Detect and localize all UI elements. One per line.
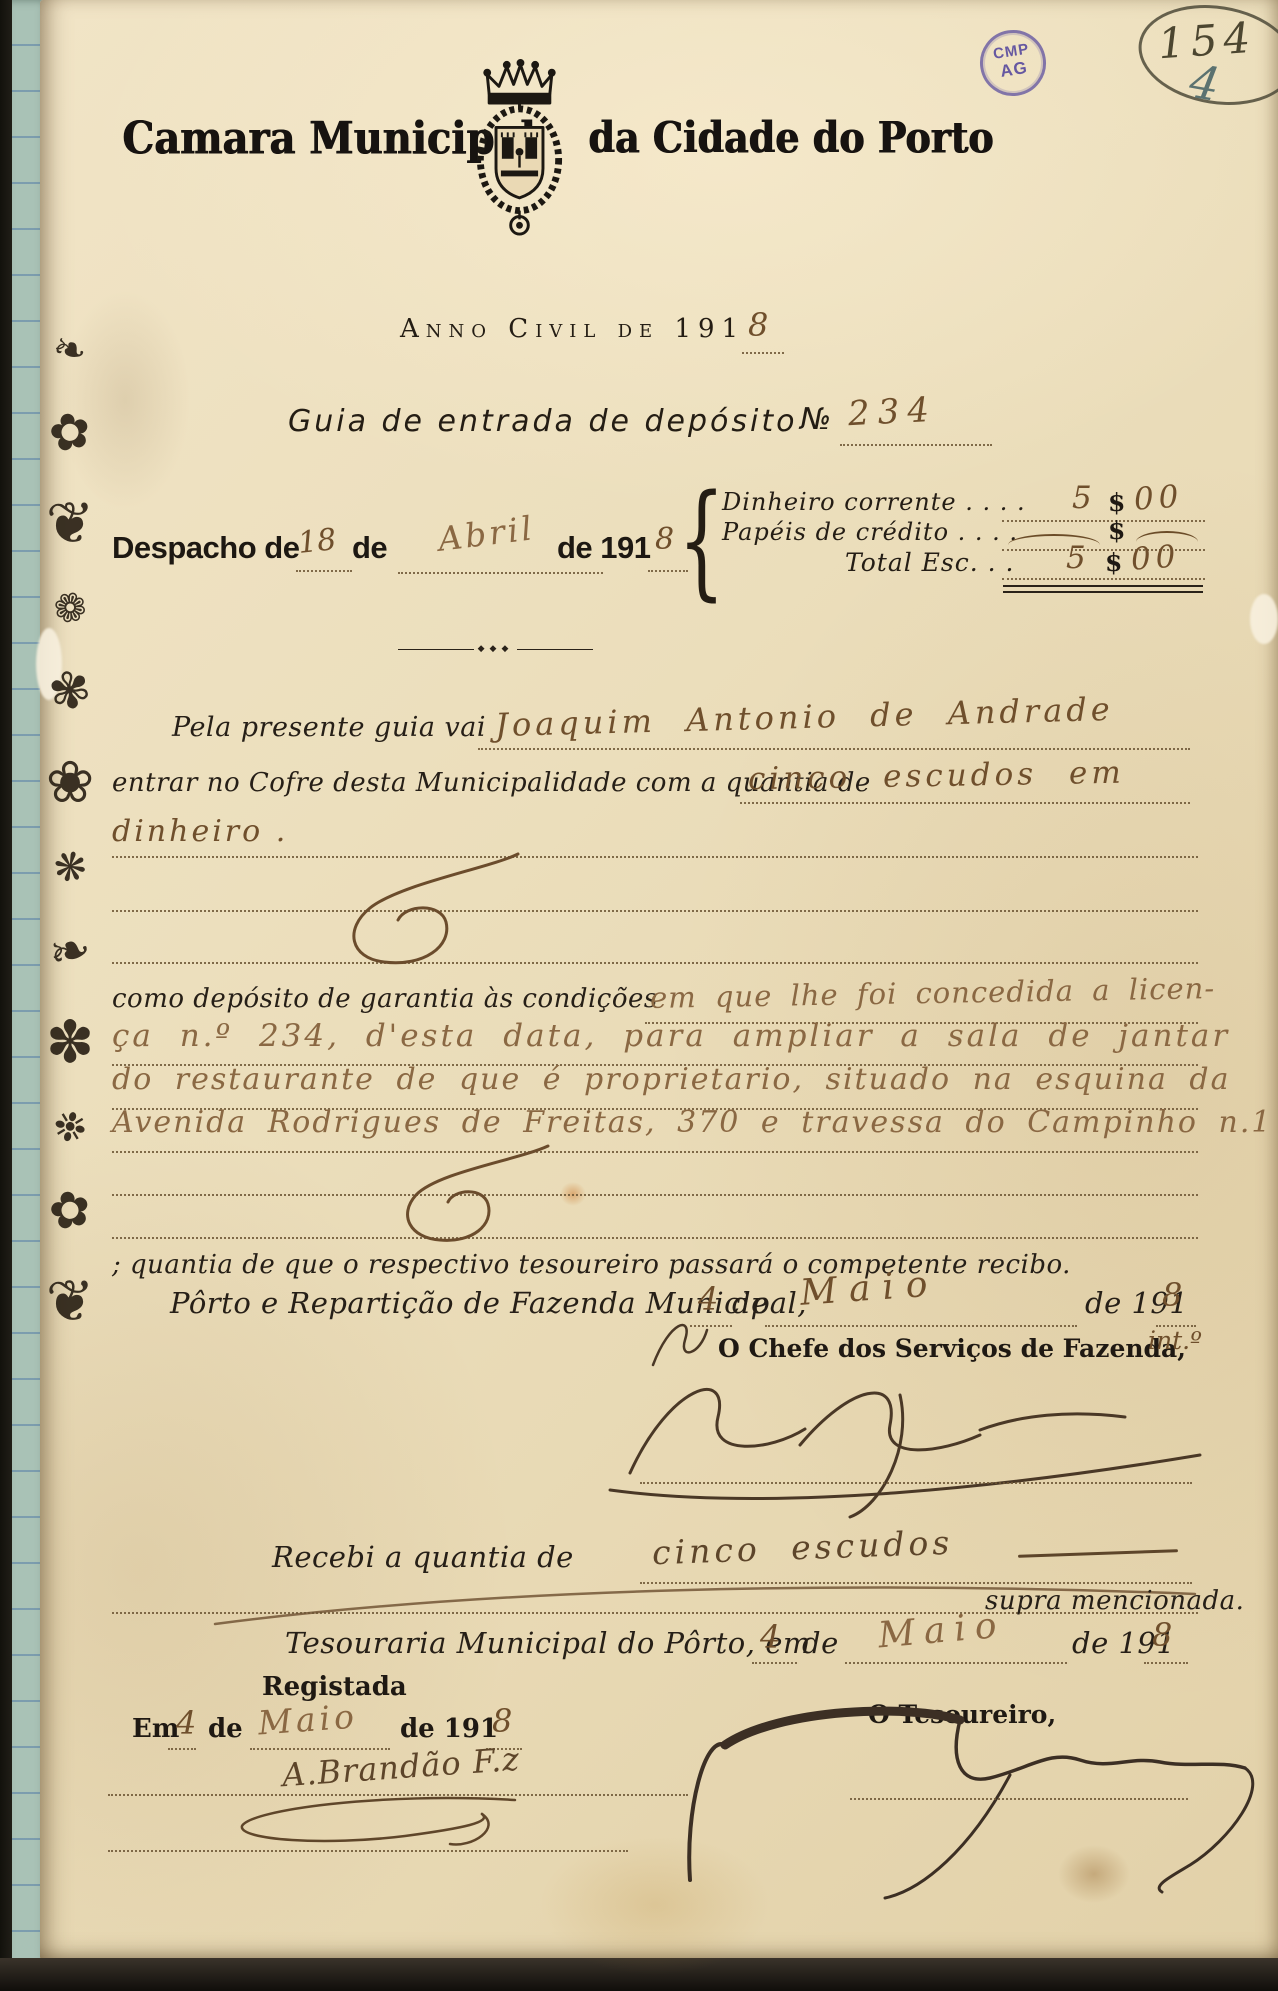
ornament-flourish-icon: ❁ (49, 586, 91, 633)
ornament-flourish-icon: ❀ (46, 753, 95, 811)
ornament-flourish-icon: ❦ (46, 1272, 95, 1330)
dotted-line (112, 910, 1198, 912)
dotted-line (740, 802, 1190, 804)
currency-sign: $ (1105, 548, 1122, 577)
conditions-handwritten-2: ça n.º 234, d'esta data, para ampliar a … (112, 1018, 1230, 1054)
registada-day: 4 (176, 1704, 196, 1742)
form-number-sign: № (800, 402, 834, 437)
dotted-line (640, 1482, 1192, 1484)
registada-em: Em (132, 1714, 179, 1744)
despacho-de: de (352, 530, 387, 566)
chief-signature (600, 1355, 1220, 1520)
registada-year: de 191 (400, 1714, 498, 1744)
form-title: Guia de entrada de depósito (288, 404, 797, 439)
amount-row-label: Dinheiro corrente . . . . (722, 488, 1026, 516)
dotted-line (168, 1748, 196, 1750)
civil-year-line: Anno Civil de 191 (400, 314, 745, 344)
amount-cents: 00 (1133, 478, 1185, 517)
divider-line (517, 649, 593, 650)
org-name-right: da Cidade do Porto (588, 112, 993, 162)
paper-tear (1250, 594, 1278, 644)
registada-de: de (208, 1714, 243, 1744)
pen-flourish-loop (398, 1140, 568, 1250)
place-date-de: de (732, 1286, 769, 1320)
ornament-flourish-icon: ❉ (49, 1104, 91, 1151)
registada-signature-flourish (230, 1794, 540, 1856)
ornament-flourish-icon: ❋ (49, 845, 91, 892)
dotted-line (840, 444, 992, 446)
dotted-line (112, 856, 1198, 858)
dotted-line (752, 1662, 797, 1664)
dotted-line (478, 748, 1190, 750)
despacho-label: Despacho de (112, 530, 299, 566)
despacho-year: de 191 (557, 530, 651, 566)
amount-cents: 00 (1130, 538, 1182, 577)
amount-words-continued: dinheiro . (112, 814, 288, 849)
treasury-year-digit: 8 (1152, 1616, 1172, 1654)
despacho-day: 18 (296, 522, 338, 561)
amount-row-label: Total Esc. . . (845, 548, 1015, 577)
amount-int: 5 (1072, 480, 1092, 516)
conditions-handwritten-4: Avenida Rodrigues de Freitas, 370 e trav… (112, 1105, 1272, 1140)
interim-note-handwritten: int.º (1148, 1326, 1202, 1355)
dotted-line (850, 1798, 1188, 1800)
treasury-de: de (802, 1626, 839, 1660)
ornament-flourish-icon: ❧ (49, 327, 91, 374)
section-divider: ◆◆◆ (398, 644, 593, 654)
dotted-line (845, 1662, 1067, 1664)
registada-year-digit: 8 (492, 1702, 512, 1740)
dotted-line (1002, 578, 1205, 580)
treasury-printed: Tesouraria Municipal do Pôrto, em (285, 1626, 811, 1660)
ornament-flourish-icon: ❧ (44, 922, 95, 980)
dotted-line (742, 352, 784, 354)
ornament-flourish-icon: ❦ (46, 494, 95, 552)
coat-of-arms (452, 58, 587, 238)
scanned-document-page: 154 4 CMP AG ❧✿❦❁✾❀❋❧✽❉✿❦ Camara Municip… (0, 0, 1278, 1991)
currency-sign: $ (1108, 488, 1125, 517)
form-number: 234 (847, 390, 938, 435)
despacho-year-digit: 8 (655, 522, 674, 557)
dotted-line (1002, 520, 1205, 522)
place-date-year-digit: 8 (1162, 1276, 1182, 1314)
ornament-flourish-icon: ✽ (46, 1013, 95, 1071)
pen-flourish-loop (340, 846, 540, 981)
ornament-flourish-icon: ✿ (44, 403, 95, 461)
dotted-line (765, 1325, 1077, 1327)
body-line1-printed: Pela presente guia vai (172, 712, 486, 743)
dotted-line (108, 1794, 688, 1796)
amount-row-label: Papéis de crédito . . . . (722, 518, 1018, 546)
recebi-printed: Recebi a quantia de (272, 1540, 574, 1574)
currency-sign: $ (1108, 516, 1125, 545)
dotted-line (112, 1194, 1198, 1196)
civil-year-digit: 8 (748, 306, 768, 344)
dotted-line (112, 962, 1198, 964)
conditions-handwritten-3: do restaurante de que é proprietario, si… (112, 1062, 1230, 1097)
left-ornament-border: ❧✿❦❁✾❀❋❧✽❉✿❦ (24, 330, 116, 1330)
amount-words-handwritten: cinco escudos em (748, 755, 1125, 798)
ornament-flourish-icon: ✿ (44, 1181, 95, 1239)
treasury-day: 4 (760, 1618, 780, 1656)
dotted-line (112, 1237, 1198, 1239)
divider-line (398, 649, 474, 650)
registada-month: Maio (257, 1697, 359, 1743)
amount-int: 5 (1066, 540, 1086, 576)
dotted-line (398, 572, 603, 574)
divider-diamonds-icon: ◆◆◆ (474, 644, 518, 654)
conditions-printed: como depósito de garantia às condições (112, 984, 658, 1014)
dotted-line (112, 1151, 1198, 1153)
dotted-line (1144, 1662, 1188, 1664)
dotted-line (108, 1850, 628, 1852)
total-double-rule (1003, 585, 1203, 593)
dotted-line (296, 570, 352, 572)
supra-mencionada-printed: supra mencionada. (985, 1586, 1244, 1616)
page-bottom-edge (0, 1958, 1278, 1991)
amounts-brace: { (678, 478, 725, 602)
ornament-flourish-icon: ✾ (44, 663, 95, 721)
